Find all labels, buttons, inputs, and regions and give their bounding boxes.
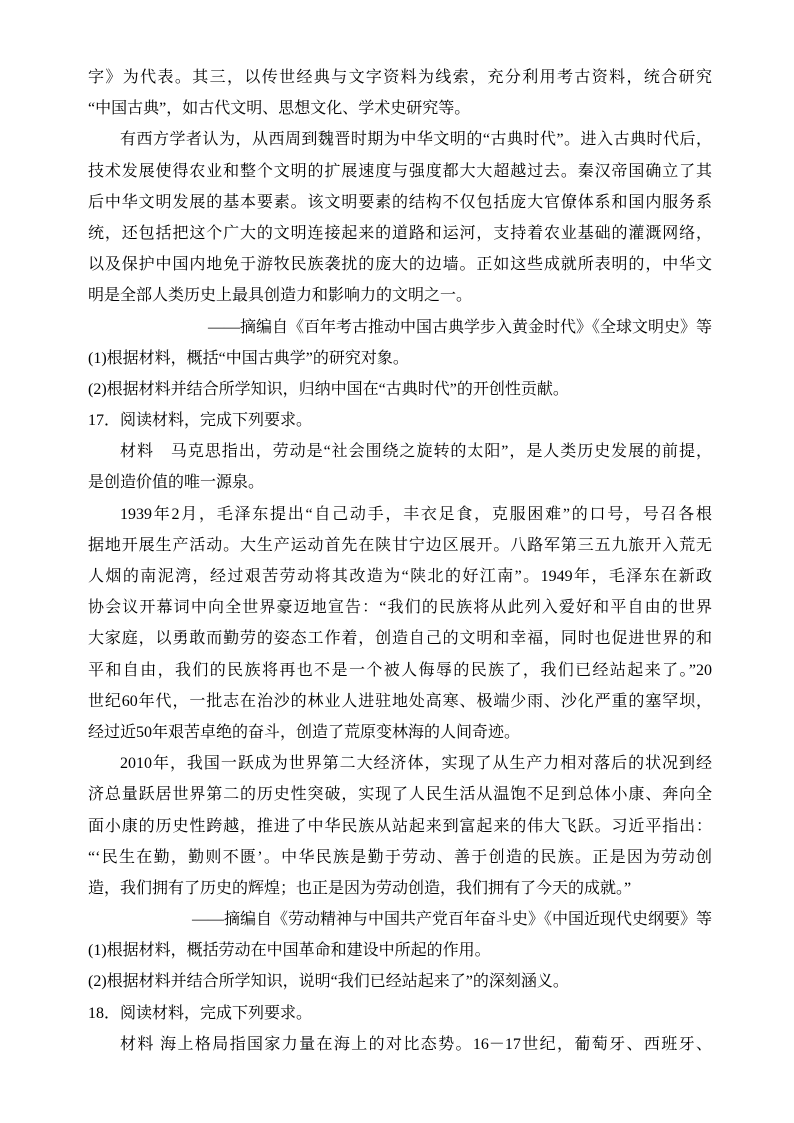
text-line: 材料 马克思指出，劳动是“社会围绕之旋转的太阳”，是人类历史发展的前提， (88, 436, 712, 467)
text-line: 济总量跃居世界第二的历史性突破，实现了人民生活从温饱不足到总体小康、奔向全 (88, 779, 712, 810)
text-line: 统，还包括把这个广大的文明连接起来的道路和运河，支持着农业基础的灌溉网络， (88, 218, 712, 249)
text-line: 1939年2月，毛泽东提出“自己动手，丰衣足食，克服困难”的口号，号召各根 (88, 499, 712, 530)
text-line: “‘民生在勤，勤则不匮’。中华民族是勤于劳动、善于创造的民族。正是因为劳动创 (88, 842, 712, 873)
text-line: 17．阅读材料，完成下列要求。 (88, 405, 712, 436)
text-line: 18．阅读材料，完成下列要求。 (88, 998, 712, 1029)
exam-paper-page: 字》为代表。其三，以传世经典与文字资料为线索，充分利用考古资料，统合研究“中国古… (0, 0, 794, 1123)
text-line: “中国古典”，如古代文明、思想文化、学术史研究等。 (88, 93, 712, 124)
text-line: 技术发展使得农业和整个文明的扩展速度与强度都大大超越过去。秦汉帝国确立了其 (88, 156, 712, 187)
text-line: 大家庭，以勇敢而勤劳的姿态工作着，创造自己的文明和幸福，同时也促进世界的和 (88, 623, 712, 654)
text-line: (2)根据材料并结合所学知识，说明“我们已经站起来了”的深刻涵义。 (88, 966, 712, 997)
text-line: 平和自由，我们的民族将再也不是一个被人侮辱的民族了，我们已经站起来了。”20 (88, 655, 712, 686)
text-line: 面小康的历史性跨越，推进了中华民族从站起来到富起来的伟大飞跃。习近平指出： (88, 811, 712, 842)
text-line: 是创造价值的唯一源泉。 (88, 467, 712, 498)
text-line: 经过近50年艰苦卓绝的奋斗，创造了荒原变林海的人间奇迹。 (88, 717, 712, 748)
text-line: (1)根据材料，概括劳动在中国革命和建设中所起的作用。 (88, 935, 712, 966)
text-line: ——摘编自《劳动精神与中国共产党百年奋斗史》《中国近现代史纲要》等 (88, 904, 712, 935)
text-line: 2010年，我国一跃成为世界第二大经济体，实现了从生产力相对落后的状况到经 (88, 748, 712, 779)
text-line: 世纪60年代，一批志在治沙的林业人进驻地处高寒、极端少雨、沙化严重的塞罕坝， (88, 686, 712, 717)
text-line: 有西方学者认为，从西周到魏晋时期为中华文明的“古典时代”。进入古典时代后， (88, 124, 712, 155)
text-line: 协会议开幕词中向全世界豪迈地宣告：“我们的民族将从此列入爱好和平自由的世界 (88, 592, 712, 623)
text-line: 材料 海上格局指国家力量在海上的对比态势。16－17世纪，葡萄牙、西班牙、 (88, 1029, 712, 1060)
document-body: 字》为代表。其三，以传世经典与文字资料为线索，充分利用考古资料，统合研究“中国古… (88, 62, 712, 1060)
text-line: (2)根据材料并结合所学知识，归纳中国在“古典时代”的开创性贡献。 (88, 374, 712, 405)
text-line: 造，我们拥有了历史的辉煌；也正是因为劳动创造，我们拥有了今天的成就。” (88, 873, 712, 904)
text-line: (1)根据材料，概括“中国古典学”的研究对象。 (88, 343, 712, 374)
text-line: 后中华文明发展的基本要素。该文明要素的结构不仅包括庞大官僚体系和国内服务系 (88, 187, 712, 218)
text-line: 据地开展生产活动。大生产运动首先在陕甘宁边区展开。八路军第三五九旅开入荒无 (88, 530, 712, 561)
text-line: 字》为代表。其三，以传世经典与文字资料为线索，充分利用考古资料，统合研究 (88, 62, 712, 93)
text-line: ——摘编自《百年考古推动中国古典学步入黄金时代》《全球文明史》等 (88, 312, 712, 343)
text-line: 以及保护中国内地免于游牧民族袭扰的庞大的边墙。正如这些成就所表明的，中华文 (88, 249, 712, 280)
text-line: 人烟的南泥湾，经过艰苦劳动将其改造为“陕北的好江南”。1949年，毛泽东在新政 (88, 561, 712, 592)
text-line: 明是全部人类历史上最具创造力和影响力的文明之一。 (88, 280, 712, 311)
